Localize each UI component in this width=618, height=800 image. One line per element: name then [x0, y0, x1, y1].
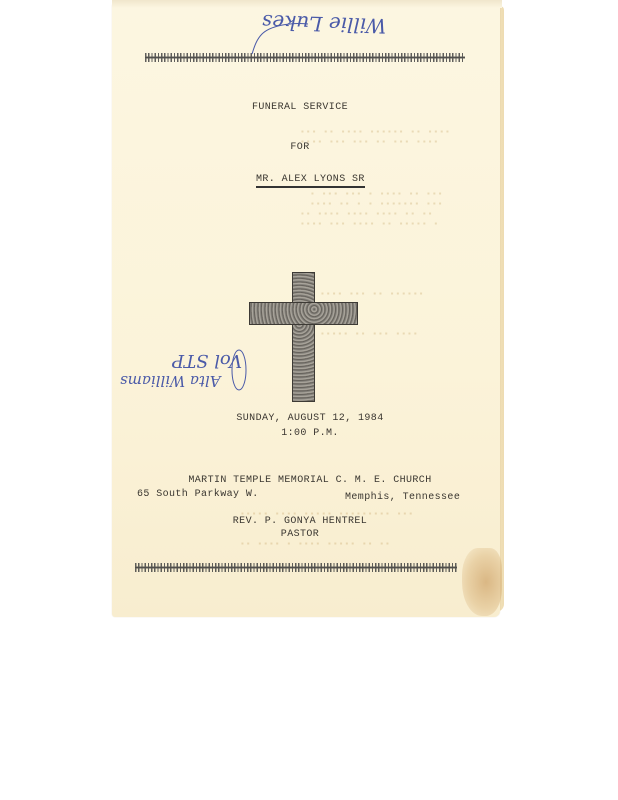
service-heading: FUNERAL SERVICE	[200, 102, 400, 113]
bottom-decorative-border	[135, 563, 457, 572]
water-stain	[462, 548, 502, 616]
bleed-through-text: ▪▪ ▪▪▪▪ ▪▪▪▪ ▪▪▪▪ ▪▪ ▪▪	[300, 210, 433, 219]
bleed-through-text: ▪▪▪▪▪ ▪▪ ▪▪▪ ▪▪▪▪	[320, 330, 419, 339]
church-name: MARTIN TEMPLE MEMORIAL C. M. E. CHURCH	[150, 475, 470, 486]
service-time: 1:00 P.M.	[220, 428, 400, 439]
church-city: Memphis, Tennessee	[345, 492, 460, 503]
handwritten-bracket	[228, 345, 250, 395]
church-address: 65 South Parkway W.	[137, 489, 259, 500]
paper-top-edge	[112, 0, 502, 8]
pastor-name: REV. P. GONYA HENTREL	[200, 516, 400, 527]
service-date: SUNDAY, AUGUST 12, 1984	[220, 413, 400, 424]
bleed-through-text: ▪▪▪▪ ▪▪▪ ▪▪▪▪ ▪▪ ▪▪▪▪▪ ▪	[300, 220, 439, 229]
bleed-through-text: ▪▪▪▪ ▪▪ ▪ ▪ ▪▪▪▪▪▪▪ ▪▪▪	[310, 200, 443, 209]
handwritten-note-name: Alta Williams	[120, 372, 221, 390]
cross-icon-horizontal	[249, 302, 358, 325]
deceased-name-wrap: MR. ALEX LYONS SR	[256, 174, 365, 185]
bleed-through-text: ▪▪▪ ▪▪ ▪▪▪▪ ▪▪▪▪▪▪ ▪▪ ▪▪▪▪	[300, 128, 451, 137]
deceased-name: MR. ALEX LYONS SR	[256, 174, 365, 188]
pastor-title: PASTOR	[200, 529, 400, 540]
bleed-through-text: ▪▪ ▪▪▪▪ ▪ ▪▪▪▪ ▪▪▪▪▪ ▪▪ ▪▪	[240, 540, 391, 549]
cross-icon-vertical	[292, 272, 315, 402]
bleed-through-text: ▪▪▪▪ ▪▪▪ ▪▪ ▪▪▪▪▪▪	[320, 290, 424, 299]
signature-flourish	[250, 20, 310, 56]
for-label: FOR	[200, 142, 400, 153]
bleed-through-text: ▪ ▪▪▪ ▪▪▪ ▪ ▪▪▪▪ ▪▪ ▪▪▪	[310, 190, 443, 199]
